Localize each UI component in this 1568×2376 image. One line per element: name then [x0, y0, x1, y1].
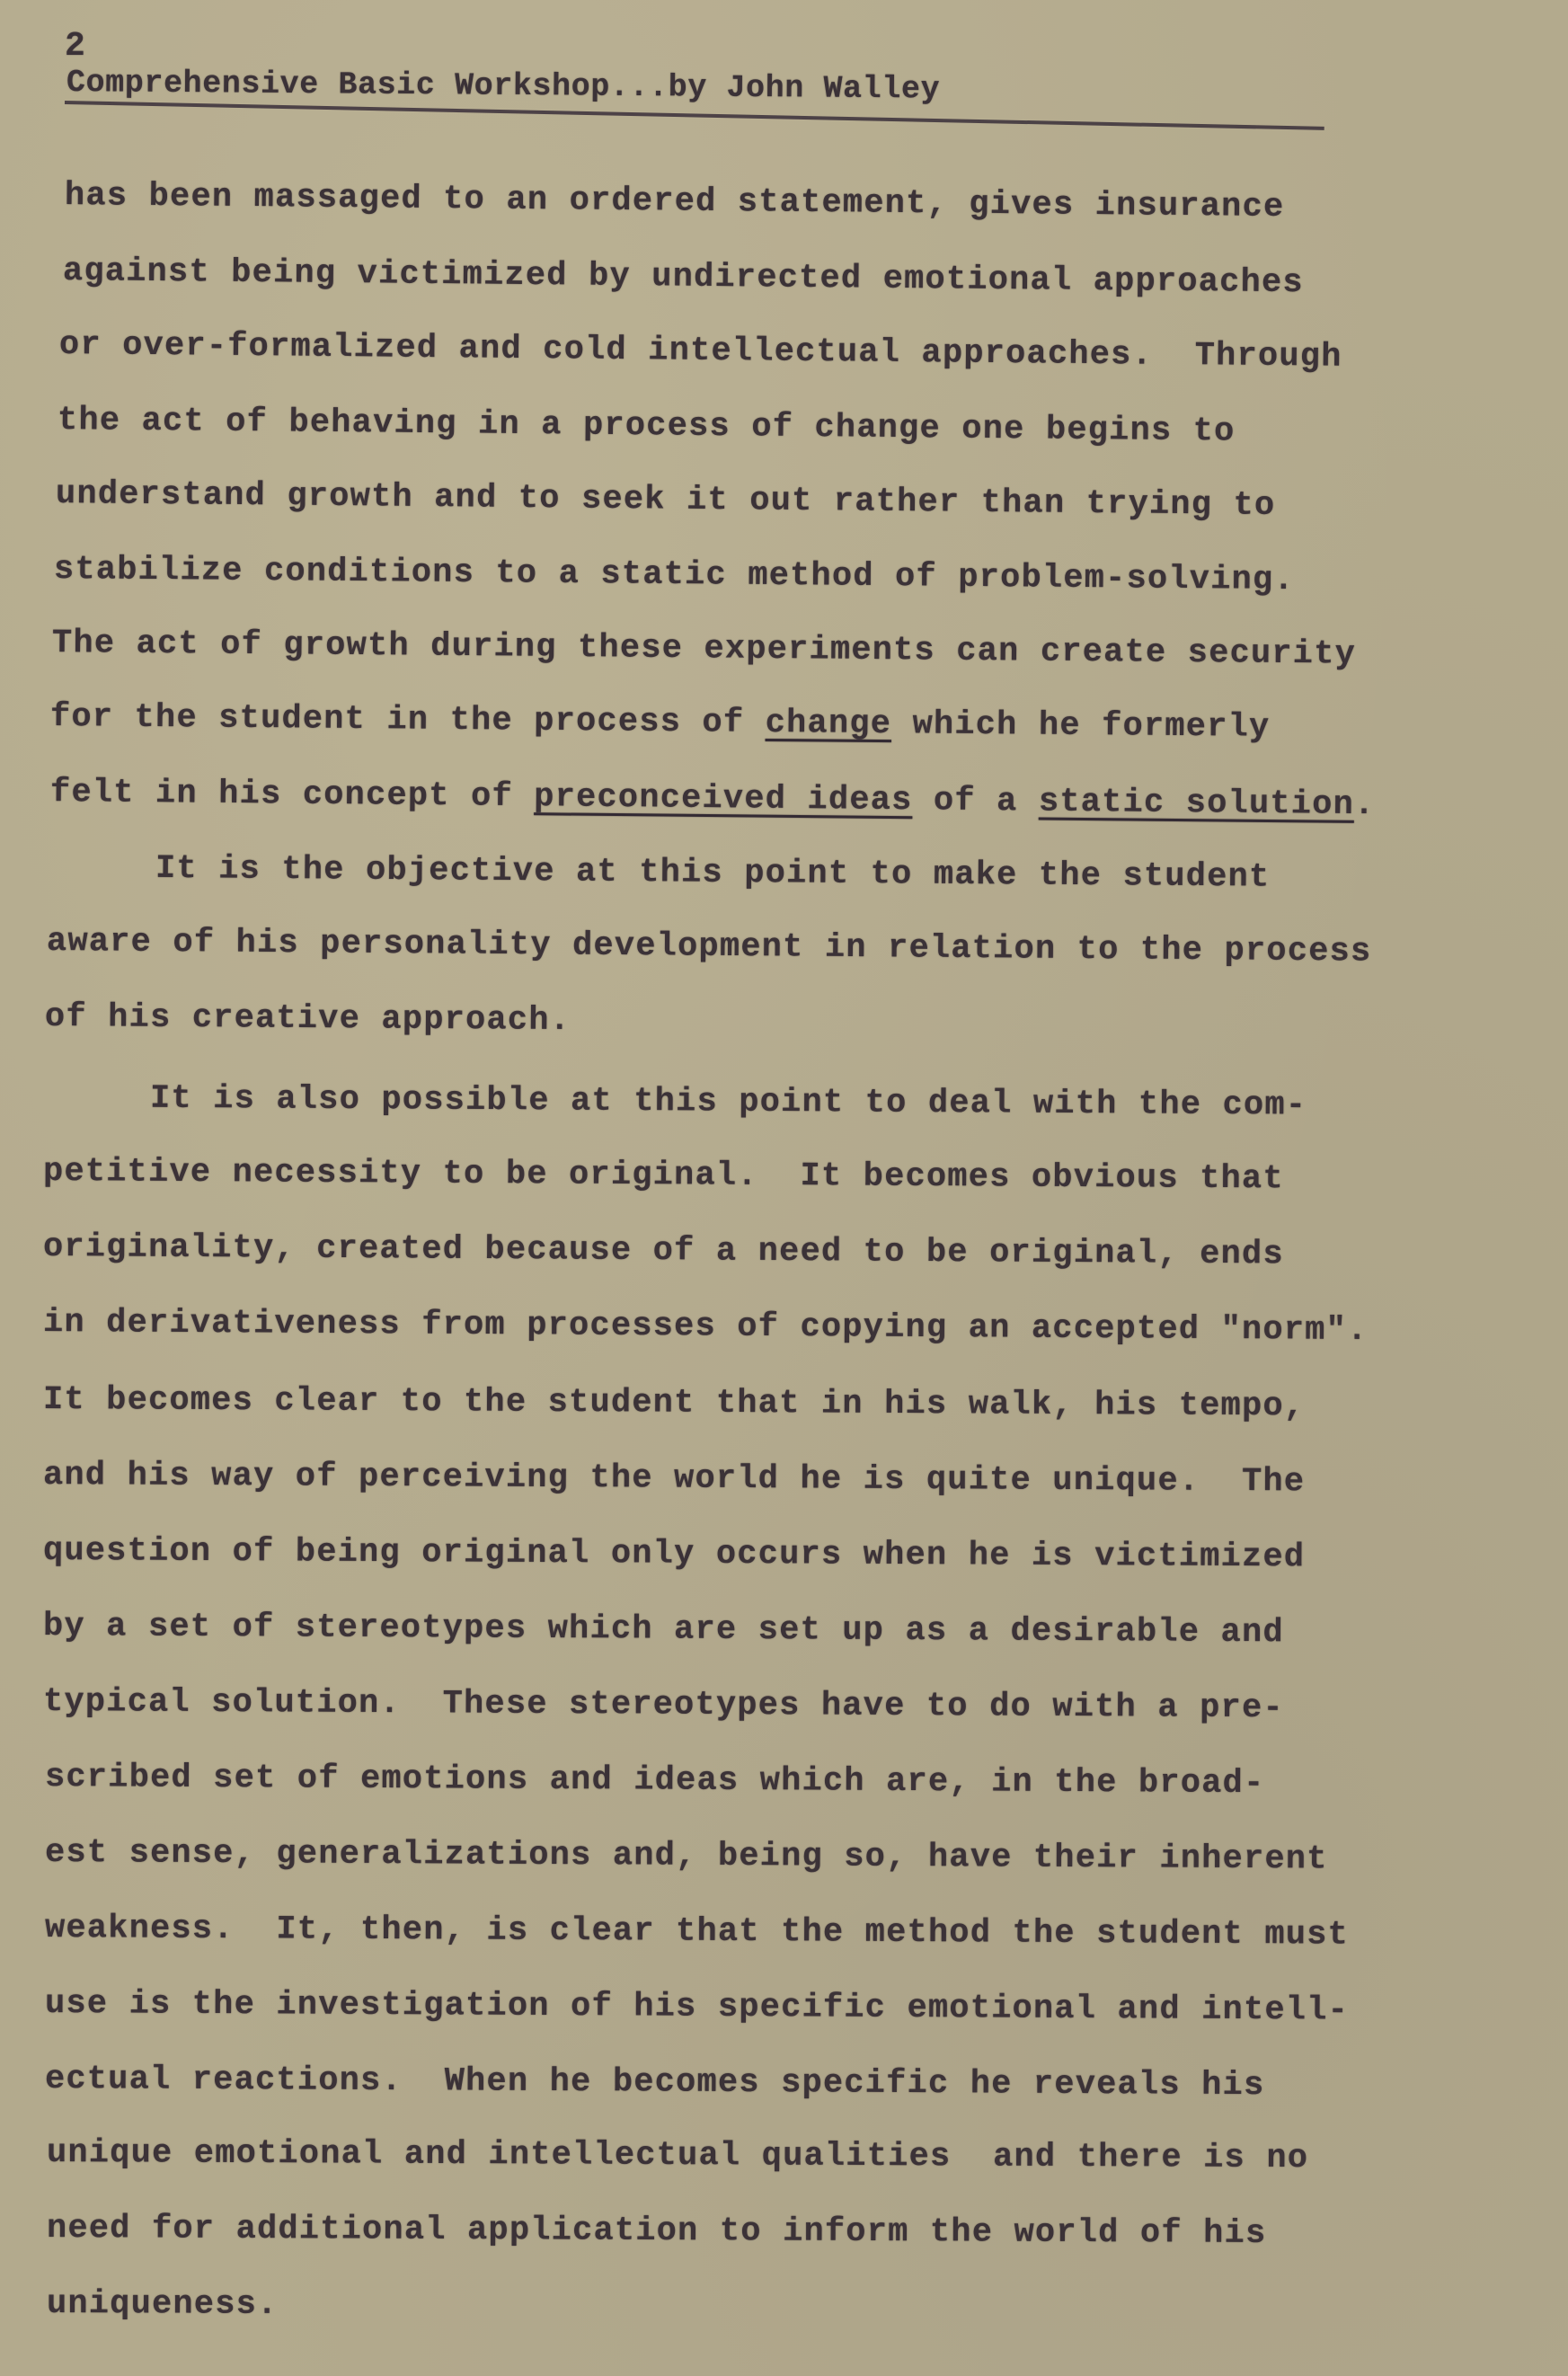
text-segment: It is also possible at this point to dea…	[45, 1079, 1307, 1125]
text-segment: originality, created because of a need t…	[43, 1228, 1284, 1273]
text-line: need for additional application to infor…	[47, 2209, 1267, 2254]
text-line: of his creative approach.	[45, 997, 571, 1041]
text-segment: est sense, generalizations and, being so…	[45, 1834, 1328, 1878]
text-segment: petitive necessity to be original. It be…	[43, 1153, 1284, 1198]
text-line: petitive necessity to be original. It be…	[43, 1152, 1284, 1199]
text-segment: .	[1354, 786, 1376, 824]
text-line: for the student in the process of change…	[50, 697, 1271, 748]
text-line: aware of his personality development in …	[47, 922, 1372, 972]
text-line: unique emotional and intellectual qualit…	[47, 2133, 1308, 2178]
text-segment: which he formerly	[891, 705, 1271, 747]
text-line: felt in his concept of preconceived idea…	[50, 773, 1376, 825]
text-line: by a set of stereotypes which are set up…	[43, 1607, 1284, 1653]
text-segment: the act of behaving in a process of chan…	[58, 402, 1236, 451]
underlined-phrase: preconceived ideas	[534, 778, 913, 820]
text-line: weakness. It, then, is clear that the me…	[45, 1909, 1349, 1955]
text-line: It is the objective at this point to mak…	[50, 848, 1271, 898]
text-line: or over-formalized and cold intellectual…	[59, 325, 1342, 377]
text-line: ectual reactions. When he becomes specif…	[45, 2060, 1265, 2106]
text-line: originality, created because of a need t…	[43, 1228, 1284, 1274]
text-segment: aware of his personality development in …	[47, 923, 1372, 971]
text-segment: or over-formalized and cold intellectual…	[59, 326, 1342, 377]
text-line: The act of growth during these experimen…	[52, 624, 1356, 675]
text-segment: for the student in the process of	[50, 698, 766, 742]
text-line: understand growth and to seek it out rat…	[56, 474, 1276, 526]
text-line: in derivativeness from processes of copy…	[43, 1303, 1369, 1351]
text-line: use is the investigation of his specific…	[45, 1984, 1349, 2031]
text-segment: and his way of perceiving the world he i…	[43, 1457, 1305, 1501]
text-segment: scribed set of emotions and ideas which …	[45, 1759, 1265, 1803]
text-segment: unique emotional and intellectual qualit…	[47, 2134, 1308, 2177]
text-segment: weakness. It, then, is clear that the me…	[45, 1910, 1349, 1955]
page-number: 2	[65, 27, 85, 66]
text-line: has been massaged to an ordered statemen…	[65, 176, 1285, 227]
text-line: It becomes clear to the student that in …	[43, 1380, 1305, 1426]
text-line: It is also possible at this point to dea…	[45, 1078, 1307, 1126]
text-segment: understand growth and to seek it out rat…	[56, 475, 1276, 525]
text-line: and his way of perceiving the world he i…	[43, 1456, 1305, 1502]
text-segment: question of being original only occurs w…	[43, 1532, 1305, 1576]
text-segment: against being victimized by undirected e…	[63, 253, 1304, 302]
text-line: question of being original only occurs w…	[43, 1531, 1305, 1577]
text-segment: The act of growth during these experimen…	[52, 625, 1356, 674]
text-line: uniqueness.	[47, 2284, 279, 2325]
text-segment: of a	[912, 782, 1039, 820]
text-line: typical solution. These stereotypes have…	[43, 1682, 1284, 1728]
text-segment: has been massaged to an ordered statemen…	[65, 177, 1285, 226]
text-segment: by a set of stereotypes which are set up…	[43, 1608, 1284, 1652]
underlined-phrase: static solution	[1039, 784, 1354, 824]
text-line: stabilize conditions to a static method …	[54, 550, 1295, 600]
text-segment: typical solution. These stereotypes have…	[43, 1683, 1284, 1727]
text-segment: of his creative approach.	[45, 998, 571, 1040]
text-segment: It becomes clear to the student that in …	[43, 1381, 1305, 1425]
text-segment: need for additional application to infor…	[47, 2210, 1267, 2253]
text-segment: stabilize conditions to a static method …	[54, 551, 1295, 599]
text-line: scribed set of emotions and ideas which …	[45, 1758, 1265, 1804]
typewritten-page: 2 Comprehensive Basic Workshop...by John…	[0, 0, 1568, 2376]
text-segment: in derivativeness from processes of copy…	[43, 1304, 1369, 1350]
text-segment: It is the objective at this point to mak…	[50, 849, 1271, 897]
text-segment: use is the investigation of his specific…	[45, 1985, 1349, 2030]
text-segment: felt in his concept of	[50, 774, 535, 816]
running-head: Comprehensive Basic Workshop...by John W…	[66, 65, 940, 108]
text-line: est sense, generalizations and, being so…	[45, 1833, 1328, 1879]
text-segment: uniqueness.	[47, 2285, 279, 2324]
text-segment: ectual reactions. When he becomes specif…	[45, 2061, 1265, 2105]
underlined-phrase: change	[766, 705, 892, 743]
text-line: the act of behaving in a process of chan…	[58, 401, 1236, 452]
text-line: against being victimized by undirected e…	[63, 252, 1304, 303]
